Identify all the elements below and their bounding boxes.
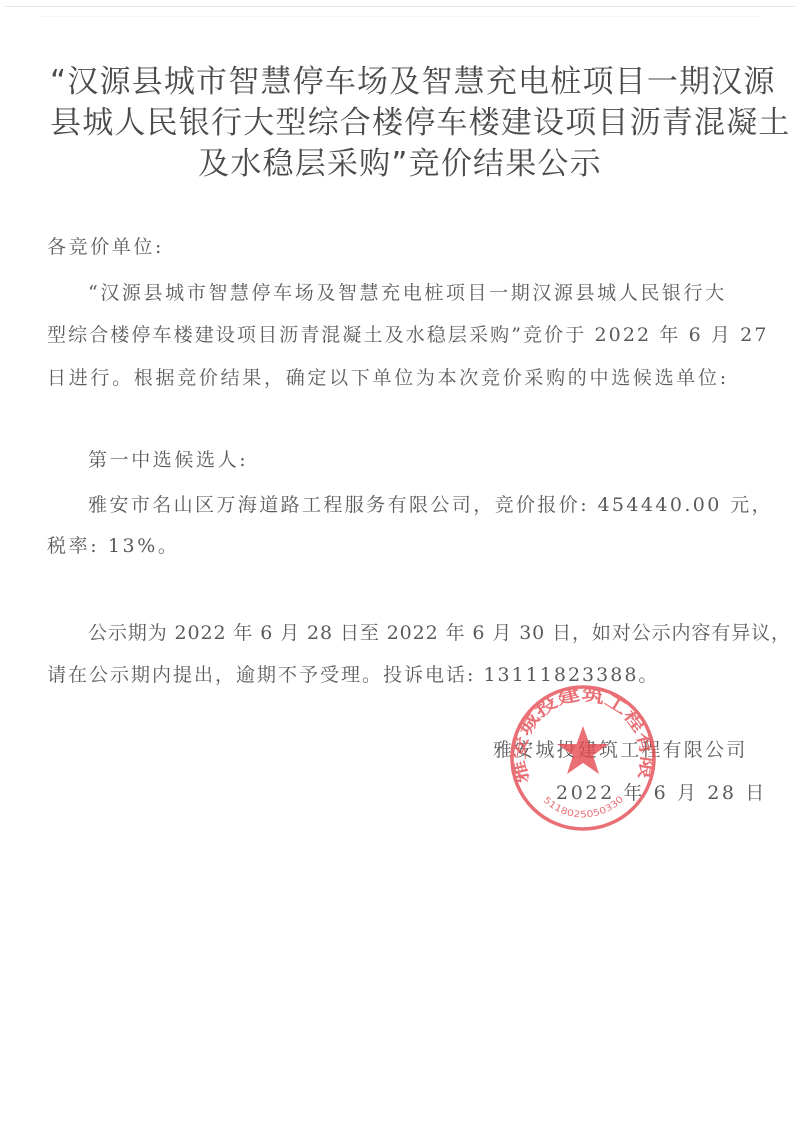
seal-star-icon	[558, 726, 609, 774]
title-line: “汉源县城市智慧停车场及智慧充电桩项目一期汉源	[50, 62, 750, 103]
candidate-company-line: 雅安市名山区万海道路工程服务有限公司，竞价报价: 454440.00 元，	[88, 494, 773, 516]
title-line: 县城人民银行大型综合楼停车楼建设项目沥青混凝土	[50, 103, 750, 144]
intro-line: 型综合楼停车楼建设项目沥青混凝土及水稳层采购”竞价于 2022 年 6 月 27	[47, 324, 769, 346]
notice-line: 请在公示期内提出，逾期不予受理。投诉电话: 13111823388。	[47, 664, 659, 686]
official-seal-stamp: 雅安城投建筑工程有限公司 5118025050330	[509, 684, 657, 832]
seal-code: 5118025050330	[541, 794, 626, 820]
title-line: 及水稳层采购”竞价结果公示	[50, 144, 750, 185]
intro-line: 日进行。根据竞价结果，确定以下单位为本次竞价采购的中选候选单位:	[47, 367, 729, 389]
candidate-tax-line: 税率: 13%。	[47, 535, 179, 557]
scan-edge-line	[5, 6, 795, 7]
candidate-heading: 第一中选候选人:	[88, 449, 248, 471]
document-title: “汉源县城市智慧停车场及智慧充电桩项目一期汉源 县城人民银行大型综合楼停车楼建设…	[50, 62, 750, 185]
scan-edge-line	[40, 16, 760, 17]
salutation: 各竞价单位:	[47, 236, 164, 258]
notice-line: 公示期为 2022 年 6 月 28 日至 2022 年 6 月 30 日，如对…	[88, 622, 791, 644]
intro-line: “汉源县城市智慧停车场及智慧充电桩项目一期汉源县城人民银行大	[88, 282, 727, 304]
